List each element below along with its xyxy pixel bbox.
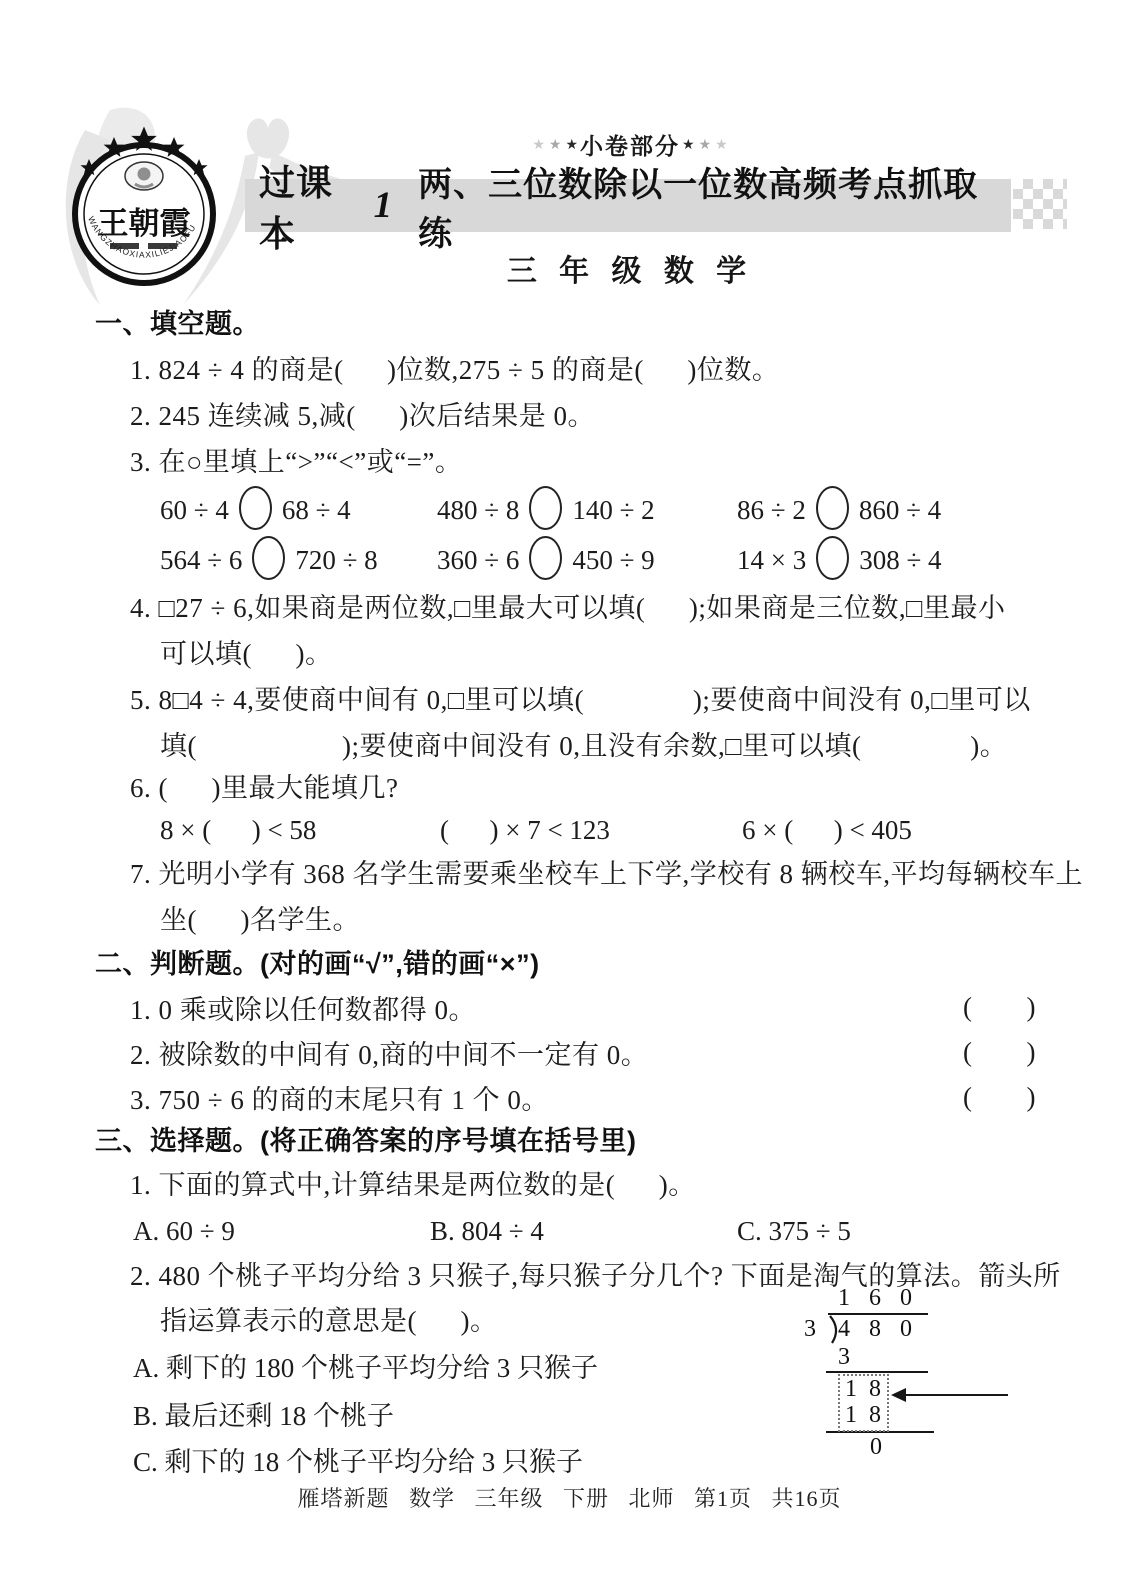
- comparison-item: 360 ÷ 6450 ÷ 9: [437, 536, 655, 580]
- compare-circle-blank: [239, 486, 272, 530]
- comparison-left: 360 ÷ 6: [437, 545, 519, 575]
- fill-q7-line2: 坐( )名学生。: [160, 902, 1120, 938]
- fill-q3: 3. 在○里填上“>”“<”或“=”。: [130, 444, 1090, 480]
- comparison-right: 308 ÷ 4: [859, 545, 941, 575]
- star-icon: ★: [547, 136, 564, 152]
- comparison-left: 86 ÷ 2: [737, 495, 806, 525]
- page-footer: 雁塔新题 数学 三年级 下册 北师 第1页 共16页: [0, 1482, 1139, 1513]
- comparison-left: 564 ÷ 6: [160, 545, 242, 575]
- fill-q2: 2. 245 连续减 5,减( )次后结果是 0。: [130, 398, 1090, 434]
- section-banner-label: 小卷部分: [580, 133, 680, 159]
- comparison-item: 86 ÷ 2860 ÷ 4: [737, 486, 941, 530]
- star-icon: ★: [713, 136, 730, 152]
- comparison-left: 60 ÷ 4: [160, 495, 229, 525]
- lesson-series-label: 过课本: [259, 155, 370, 257]
- lesson-number: 1: [374, 184, 393, 227]
- choice-q2-option-a: A. 剩下的 180 个桃子平均分给 3 只猴子: [133, 1350, 598, 1386]
- comparison-right: 68 ÷ 4: [282, 495, 351, 525]
- fill-q6-expression: 6 × ( ) < 405: [742, 812, 912, 848]
- section3-heading: 三、选择题。(将正确答案的序号填在括号里): [95, 1123, 1055, 1159]
- fill-q5-line2: 填( );要使商中间没有 0,且没有余数,□里可以填( )。: [160, 728, 1120, 764]
- comparison-right: 720 ÷ 8: [295, 545, 377, 575]
- compare-circle-blank: [529, 536, 562, 580]
- judge-item: 1. 0 乘或除以任何数都得 0。: [130, 992, 1090, 1028]
- comparison-left: 480 ÷ 8: [437, 495, 519, 525]
- checker-decoration: [1013, 179, 1067, 229]
- comparison-item: 14 × 3308 ÷ 4: [737, 536, 942, 580]
- comparison-right: 450 ÷ 9: [572, 545, 654, 575]
- fill-q5-line1: 5. 8□4 ÷ 4,要使商中间有 0,□里可以填( );要使商中间没有 0,□…: [130, 682, 1090, 718]
- star-icon: ★: [530, 136, 547, 152]
- comparison-right: 140 ÷ 2: [572, 495, 654, 525]
- fill-q7-line1: 7. 光明小学有 368 名学生需要乘坐校车上下学,学校有 8 辆校车,平均每辆…: [130, 856, 1090, 892]
- choice-q1-option-b: B. 804 ÷ 4: [430, 1213, 544, 1249]
- comparison-item: 564 ÷ 6720 ÷ 8: [160, 536, 378, 580]
- fill-q6-expression: ( ) × 7 < 123: [440, 812, 610, 848]
- judge-answer-blank: ( ): [963, 1082, 1037, 1113]
- fill-q4-line2: 可以填( )。: [160, 636, 1120, 672]
- fill-q4-line1: 4. □27 ÷ 6,如果商是两位数,□里最大可以填( );如果商是三位数,□里…: [130, 590, 1090, 626]
- judge-item: 3. 750 ÷ 6 的商的末尾只有 1 个 0。: [130, 1082, 1090, 1118]
- comparison-left: 14 × 3: [737, 545, 806, 575]
- grade-subtitle: 三 年 级 数 学: [130, 246, 1130, 290]
- judge-answer-blank: ( ): [963, 992, 1037, 1023]
- choice-q1: 1. 下面的算式中,计算结果是两位数的是( )。: [130, 1167, 1090, 1203]
- judge-item: 2. 被除数的中间有 0,商的中间不一定有 0。: [130, 1037, 1090, 1073]
- worksheet-page: 王朝霞 WANGZHAOXIAXILIEJIAOFU ★★★小卷部分★★★ 过课…: [0, 0, 1139, 1582]
- star-icon: ★: [697, 136, 714, 152]
- badge-name-text: 王朝霞: [98, 206, 191, 241]
- arrow-head-icon: [891, 1388, 906, 1402]
- comparison-item: 480 ÷ 8140 ÷ 2: [437, 486, 655, 530]
- star-icon: ★: [563, 136, 580, 152]
- fill-q1: 1. 824 ÷ 4 的商是( )位数,275 ÷ 5 的商是( )位数。: [130, 352, 1090, 388]
- comparison-item: 60 ÷ 468 ÷ 4: [160, 486, 351, 530]
- division-bracket: [830, 1316, 836, 1343]
- long-division-diagram: 160 3 480 3 18 18 0: [790, 1283, 1050, 1468]
- lesson-title-band: 过课本 1 两、三位数除以一位数高频考点抓取练: [245, 179, 1011, 232]
- compare-circle-blank: [529, 486, 562, 530]
- compare-circle-blank: [252, 536, 285, 580]
- star-icon: ★: [680, 136, 697, 152]
- section2-heading: 二、判断题。(对的画“√”,错的画“×”): [95, 946, 1055, 982]
- section1-heading: 一、填空题。: [95, 306, 1055, 342]
- section-banner: ★★★小卷部分★★★: [130, 128, 1130, 161]
- compare-circle-blank: [816, 536, 849, 580]
- choice-q1-option-a: A. 60 ÷ 9: [133, 1213, 235, 1249]
- lesson-title-text: 两、三位数除以一位数高频考点抓取练: [418, 157, 1011, 255]
- division-bracket-and-arrow: [790, 1283, 1050, 1468]
- compare-circle-blank: [816, 486, 849, 530]
- choice-q1-option-c: C. 375 ÷ 5: [737, 1213, 851, 1249]
- arrow-annotation: [891, 1388, 1008, 1402]
- comparison-right: 860 ÷ 4: [859, 495, 941, 525]
- fill-q6-expression: 8 × ( ) < 58: [160, 812, 316, 848]
- choice-q2-option-c: C. 剩下的 18 个桃子平均分给 3 只猴子: [133, 1444, 583, 1480]
- choice-q2-option-b: B. 最后还剩 18 个桃子: [133, 1398, 394, 1434]
- judge-answer-blank: ( ): [963, 1037, 1037, 1068]
- fill-q6: 6. ( )里最大能填几?: [130, 770, 1090, 806]
